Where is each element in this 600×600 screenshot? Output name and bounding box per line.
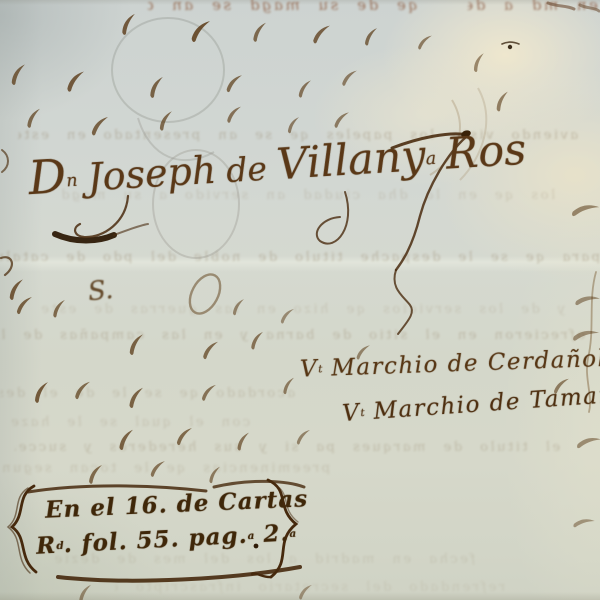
title-abbr-superscript: t (360, 407, 365, 419)
note-ref-abbr: R (35, 532, 57, 560)
manuscript-photo: qe de su magd se an dado las ords qeen m… (0, 0, 600, 600)
bleedthrough-text-line: en md a de eno (467, 0, 599, 13)
bleedthrough-text-line: con el qual se le haze mrd de (0, 415, 251, 432)
title-abbr: V (300, 356, 319, 383)
faint-ink-mark-s: S. (87, 275, 115, 307)
note-page-superscript: a (289, 528, 296, 540)
bleedthrough-text-line: el titulo de marques pa si y sus hereder… (14, 440, 561, 457)
bleedthrough-text-line: preeminencias qe le tocan segun estilo (0, 461, 331, 478)
signature-surname: Ros (444, 125, 527, 180)
bleedthrough-text-line: para qe se le despache titulo de noble d… (0, 250, 600, 267)
signature-initial-superscript: n (66, 171, 78, 192)
faint-mark-text: S. (87, 275, 115, 307)
bleedthrough-text-line: refrendado del secretario infrascripto d… (114, 580, 506, 597)
signature-particle: de (225, 149, 268, 190)
signature-given-name: Joseph (86, 148, 217, 200)
title-abbr-superscript: t (318, 363, 323, 375)
bleedthrough-text-line: qe de su magd se an dado las ords qe (147, 0, 419, 13)
bleedthrough-text-line: ofrecieron en el sitio de barna y en las… (0, 328, 586, 345)
title-abbr: V (341, 400, 361, 427)
signature-initial: D (27, 149, 68, 206)
signature-family-name: Villany (275, 131, 427, 190)
note-page-number: 2. (254, 520, 290, 549)
signature-family-superscript: a (425, 149, 437, 170)
bleedthrough-text-line: acordado qe se le de el despacho qe pide (0, 386, 296, 403)
